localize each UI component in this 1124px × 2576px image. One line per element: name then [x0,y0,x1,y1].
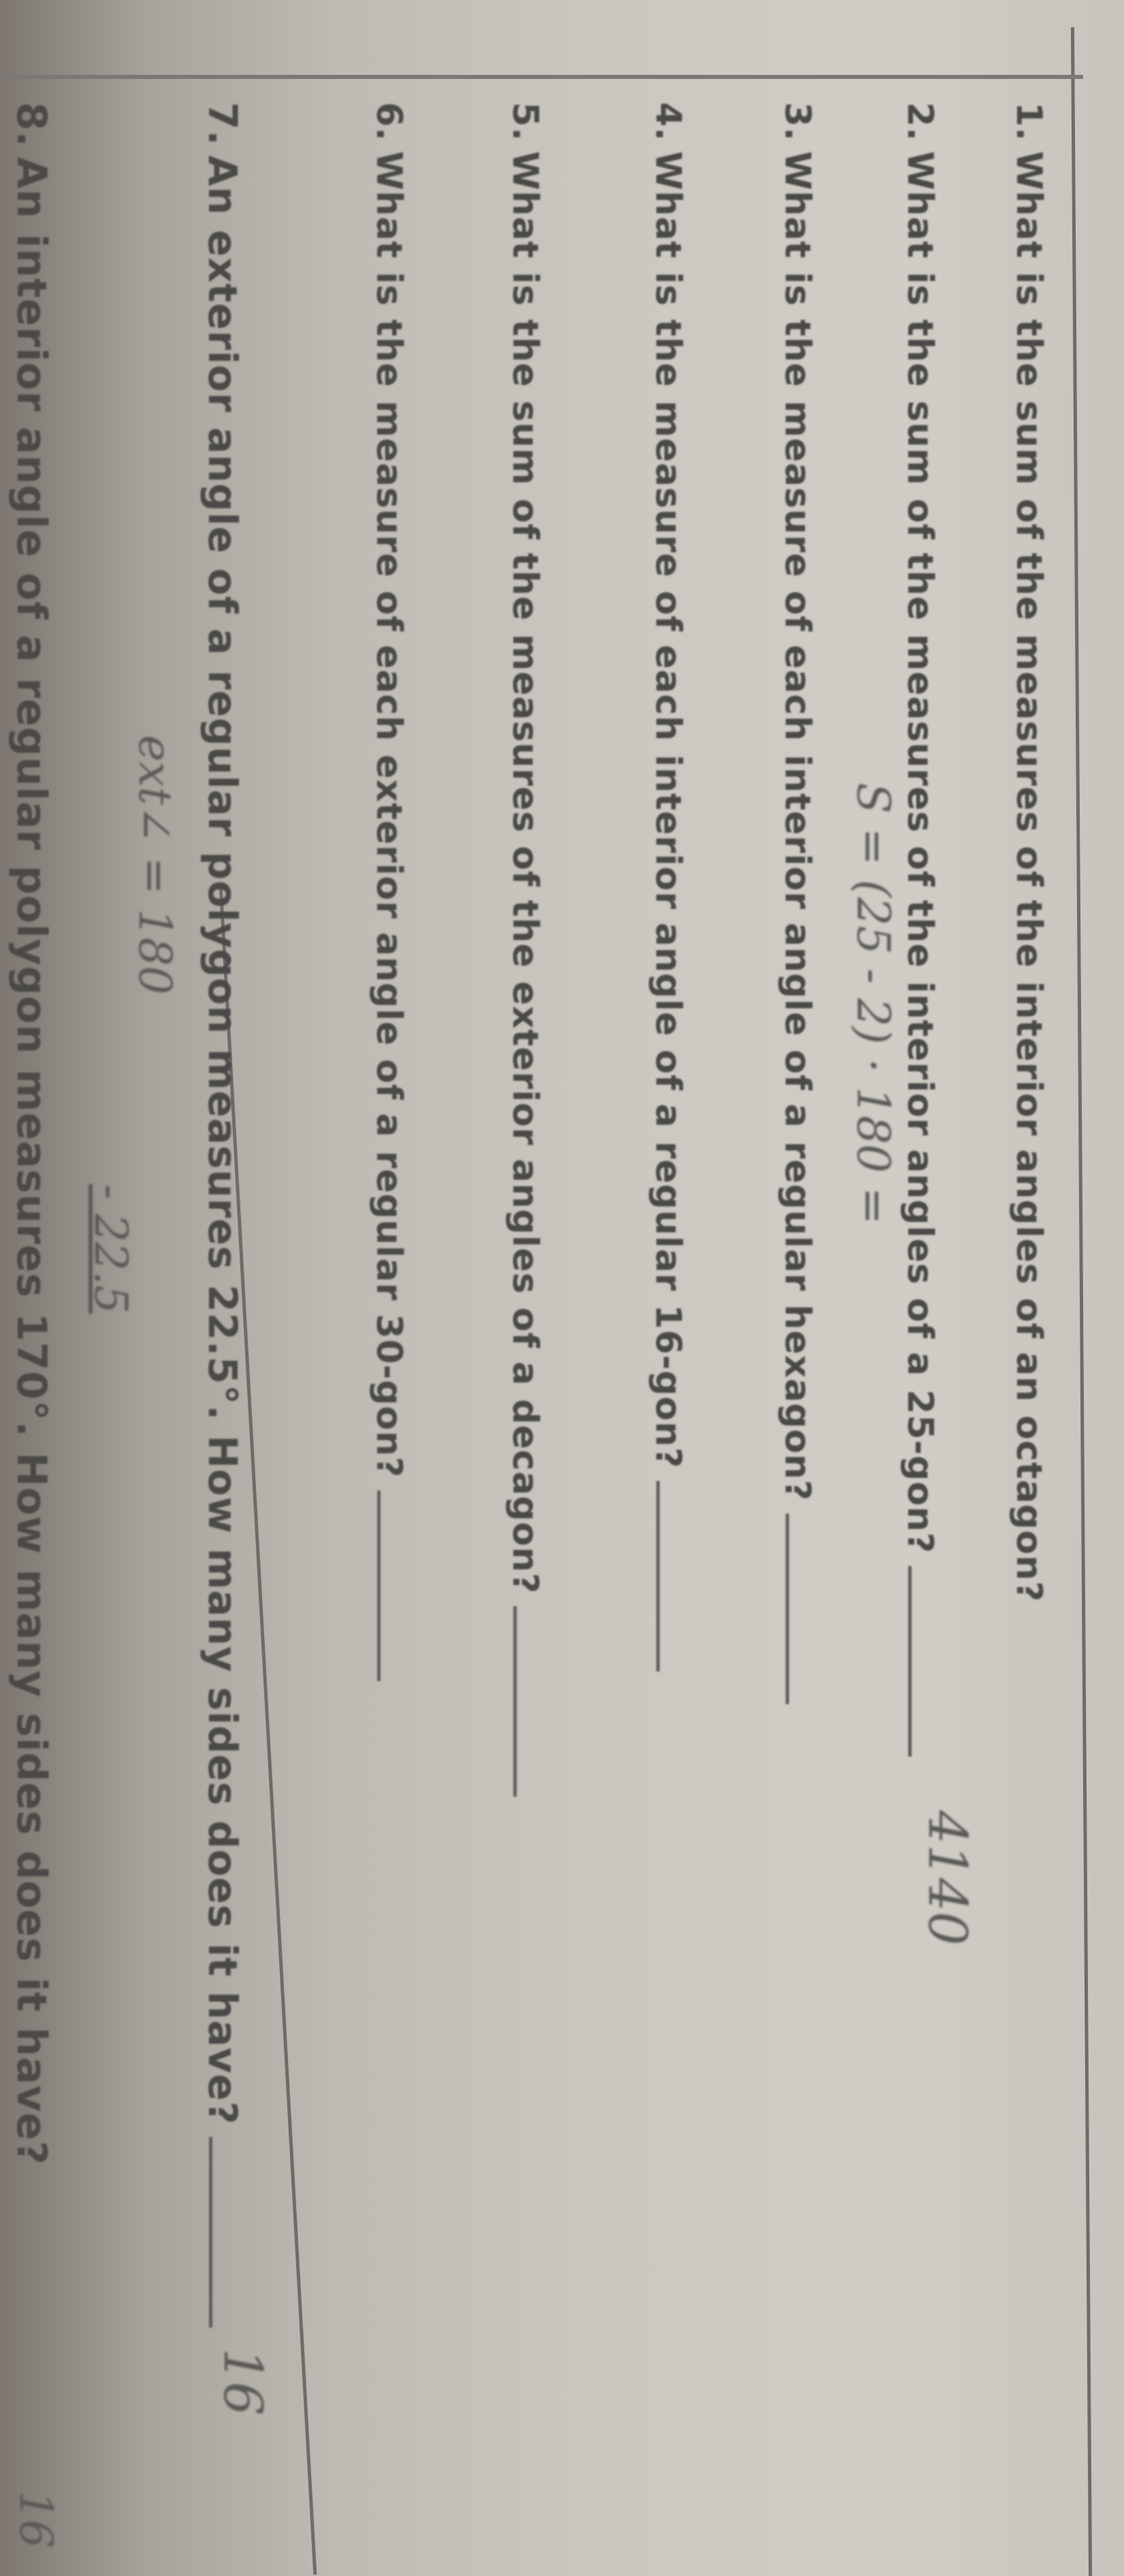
question-2: 2.What is the sum of the measures of the… [899,102,940,1757]
question-7: 7.An exterior angle of a regular polygon… [199,102,246,2328]
answer-blank-5[interactable] [513,1606,517,1797]
page-top-border [1071,27,1092,2576]
handwritten-work-2: S = (25 - 2) · 180 = [847,783,899,1224]
question-6: 6.What is the measure of each exterior a… [368,102,409,1681]
answer-blank-4[interactable] [656,1481,660,1672]
handwritten-work-7-line2: - 22.5 [84,1184,137,1314]
answer-blank-7[interactable] [209,2137,213,2328]
question-5: 5.What is the sum of the measures of the… [504,102,545,1797]
question-1: 1.What is the sum of the measures of the… [1008,102,1049,1602]
handwritten-work-8: 16 [10,2491,62,2548]
handwritten-work-7-line1: ext∠ = 180 [129,735,181,994]
question-3: 3.What is the measure of each interior a… [777,102,818,1704]
question-8: 8.An interior angle of a regular polygon… [7,102,55,2165]
page-left-border [0,75,1083,79]
answer-blank-6[interactable] [377,1490,381,1681]
question-4: 4.What is the measure of each interior a… [647,102,688,1672]
handwritten-answer-7: 16 [212,2348,273,2415]
answer-blank-3[interactable] [786,1514,790,1704]
worksheet-page: 1.What is the sum of the measures of the… [0,0,1124,2576]
answer-blank-2[interactable] [908,1566,912,1757]
handwritten-answer-2: 4140 [916,1810,978,1946]
